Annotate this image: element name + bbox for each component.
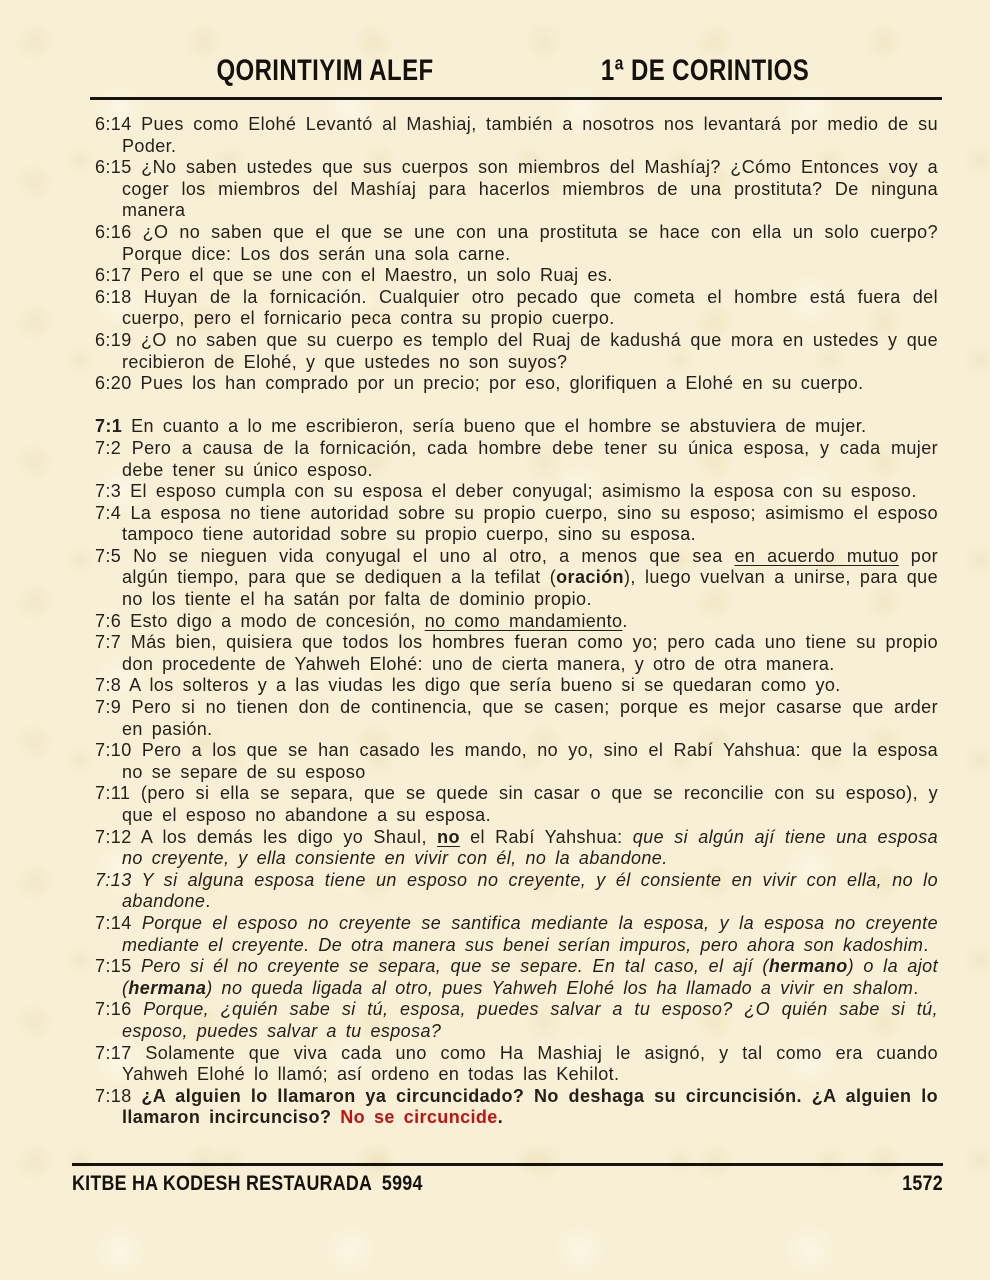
verse-segment: hermana [128, 978, 206, 998]
verse-number: 6:19 [95, 330, 141, 350]
verse-segment: en acuerdo mutuo [734, 546, 898, 566]
verse-number: 7:8 [95, 675, 129, 695]
verse-7-11: 7:11 (pero si ella se separa, que se que… [95, 783, 938, 826]
verse-number: 7:16 [95, 999, 143, 1019]
verse-number: 7:11 [95, 783, 141, 803]
verse-7-14: 7:14 Porque el esposo no creyente se san… [95, 913, 938, 956]
verse-number: 7:13 [95, 870, 141, 890]
footer-rule [72, 1163, 943, 1166]
verse-segment: No se nieguen vida conyugal el uno al ot… [133, 546, 734, 566]
verse-7-2: 7:2 Pero a causa de la fornicación, cada… [95, 438, 938, 481]
verse-segment: ) no queda ligada al otro, pues Yahweh E… [206, 978, 913, 998]
verse-segment: ¿O no saben que su cuerpo es templo del … [122, 330, 938, 372]
verse-segment: Más bien, quisiera que todos los hombres… [122, 632, 938, 674]
header-title-spanish: 1ª DE CORINTIOS [585, 54, 825, 90]
verse-segment: Solamente que viva cada uno como Ha Mash… [122, 1043, 938, 1085]
verse-segment: A los demás les digo yo Shaul, [141, 827, 437, 847]
verse-segment: no [437, 827, 460, 847]
verse-7-8: 7:8 A los solteros y a las viudas les di… [95, 675, 938, 697]
verse-segment: ¿A alguien lo llamaron ya circuncidado? … [122, 1086, 938, 1128]
verse-7-4: 7:4 La esposa no tiene autoridad sobre s… [95, 503, 938, 546]
verse-6-16: 6:16 ¿O no saben que el que se une con u… [95, 222, 938, 265]
verse-number: 7:4 [95, 503, 130, 523]
verse-7-7: 7:7 Más bien, quisiera que todos los hom… [95, 632, 938, 675]
verse-number: 6:15 [95, 157, 141, 177]
verse-6-19: 6:19 ¿O no saben que su cuerpo es templo… [95, 330, 938, 373]
verse-segment: Pero si no tienen don de continencia, qu… [122, 697, 938, 739]
verse-segment: El esposo cumpla con su esposa el deber … [130, 481, 917, 501]
verse-7-10: 7:10 Pero a los que se han casado les ma… [95, 740, 938, 783]
verse-segment: . [913, 978, 918, 998]
verse-number: 7:17 [95, 1043, 145, 1063]
verse-number: 7:2 [95, 438, 132, 458]
verse-7-16: 7:16 Porque, ¿quién sabe si tú, esposa, … [95, 999, 938, 1042]
verse-number: 7:5 [95, 546, 133, 566]
verse-segment: Pero si él no creyente se separa, que se… [141, 956, 769, 976]
verse-segment: ¿O no saben que el que se une con una pr… [122, 222, 938, 264]
verse-7-6: 7:6 Esto digo a modo de concesión, no co… [95, 611, 938, 633]
verse-segment: . [498, 1107, 503, 1127]
verse-number: 6:16 [95, 222, 143, 242]
verse-segment: No se circuncide [340, 1107, 497, 1127]
verse-number: 7:6 [95, 611, 130, 631]
verse-6-15: 6:15 ¿No saben ustedes que sus cuerpos s… [95, 157, 938, 222]
document-page: QORINTIYIM ALEF 1ª DE CORINTIOS 6:14 Pue… [0, 0, 990, 1280]
verse-segment: el Rabí Yahshua: [460, 827, 633, 847]
verse-segment: hermano [769, 956, 848, 976]
header-rule [90, 97, 942, 100]
verse-7-5: 7:5 No se nieguen vida conyugal el uno a… [95, 546, 938, 611]
verse-segment: Porque, ¿quién sabe si tú, esposa, puede… [122, 999, 938, 1041]
verse-segment: En cuanto a lo me escribieron, sería bue… [131, 416, 866, 436]
verse-number: 7:1 [95, 416, 131, 436]
verse-number: 7:14 [95, 913, 142, 933]
verse-6-18: 6:18 Huyan de la fornicación. Cualquier … [95, 287, 938, 330]
verse-6-20: 6:20 Pues los han comprado por un precio… [95, 373, 938, 395]
verse-segment: Pero a causa de la fornicación, cada hom… [122, 438, 938, 480]
verse-segment: . [622, 611, 627, 631]
verse-segment: no como mandamiento [425, 611, 623, 631]
verse-7-18: 7:18 ¿A alguien lo llamaron ya circuncid… [95, 1086, 938, 1129]
verse-number: 7:9 [95, 697, 132, 717]
verse-segment: Pues los han comprado por un precio; por… [141, 373, 864, 393]
verse-number: 7:3 [95, 481, 130, 501]
verse-7-13: 7:13 Y si alguna esposa tiene un esposo … [95, 870, 938, 913]
verse-number: 6:20 [95, 373, 141, 393]
verse-segment: (pero si ella se separa, que se quede si… [122, 783, 938, 825]
verse-number: 6:14 [95, 114, 141, 134]
verse-number: 6:17 [95, 265, 141, 285]
verse-6-14: 6:14 Pues como Elohé Levantó al Mashiaj,… [95, 114, 938, 157]
verse-number: 7:10 [95, 740, 142, 760]
footer-page-number: 1572 [902, 1172, 943, 1196]
verse-number: 7:18 [95, 1086, 141, 1106]
verse-6-17: 6:17 Pero el que se une con el Maestro, … [95, 265, 938, 287]
verse-segment: Esto digo a modo de concesión, [130, 611, 425, 631]
verse-segment: Pero a los que se han casado les mando, … [122, 740, 938, 782]
header-title-transliterated: QORINTIYIM ALEF [205, 54, 445, 90]
verse-segment: A los solteros y a las viudas les digo q… [129, 675, 841, 695]
footer-edition-label: KITBE HA KODESH RESTAURADA 5994 [72, 1172, 423, 1196]
verse-7-1: 7:1 En cuanto a lo me escribieron, sería… [95, 416, 938, 438]
verse-segment: Huyan de la fornicación. Cualquier otro … [122, 287, 938, 329]
verse-text-block: 6:14 Pues como Elohé Levantó al Mashiaj,… [95, 114, 938, 1129]
verse-number: 6:18 [95, 287, 144, 307]
verse-segment: La esposa no tiene autoridad sobre su pr… [122, 503, 938, 545]
verse-segment: . [923, 935, 928, 955]
verse-7-17: 7:17 Solamente que viva cada uno como Ha… [95, 1043, 938, 1086]
verse-segment: . [205, 891, 210, 911]
verse-number: 7:12 [95, 827, 141, 847]
verse-segment: Pues como Elohé Levantó al Mashiaj, tamb… [122, 114, 938, 156]
verse-segment: oración [556, 567, 624, 587]
verse-7-15: 7:15 Pero si él no creyente se separa, q… [95, 956, 938, 999]
verse-number: 7:7 [95, 632, 131, 652]
verse-segment: Y si alguna esposa tiene un esposo no cr… [122, 870, 938, 912]
verse-7-3: 7:3 El esposo cumpla con su esposa el de… [95, 481, 938, 503]
verse-7-12: 7:12 A los demás les digo yo Shaul, no e… [95, 827, 938, 870]
verse-segment: ¿No saben ustedes que sus cuerpos son mi… [122, 157, 938, 220]
verse-segment: Pero el que se une con el Maestro, un so… [141, 265, 613, 285]
verse-segment: Porque el esposo no creyente se santific… [122, 913, 938, 955]
verse-7-9: 7:9 Pero si no tienen don de continencia… [95, 697, 938, 740]
verse-number: 7:15 [95, 956, 141, 976]
